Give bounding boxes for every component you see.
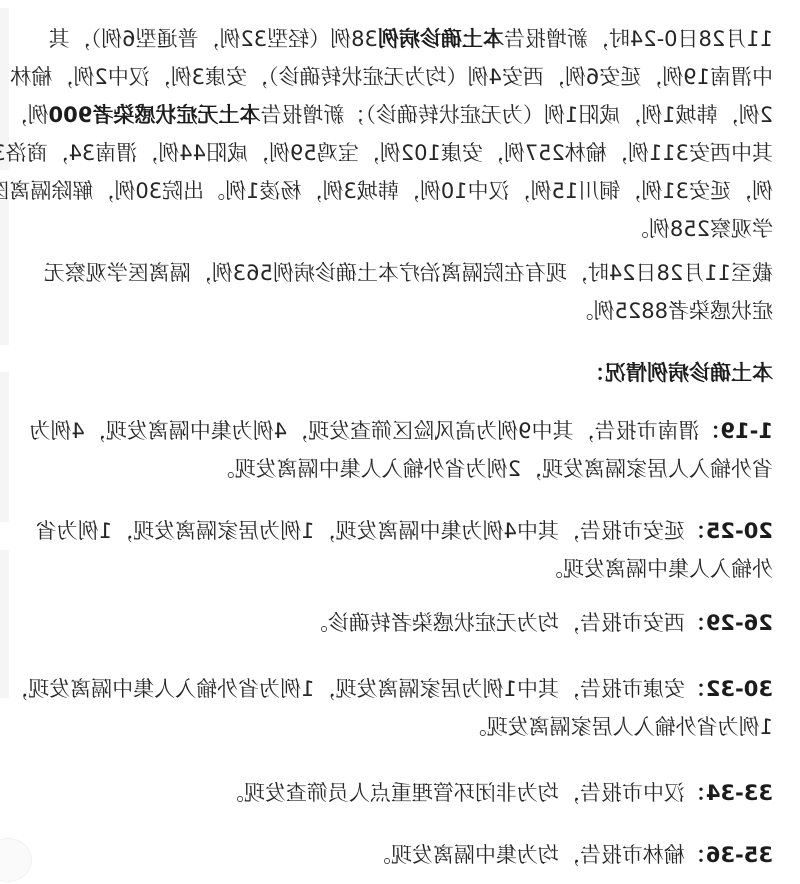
bold-text-segment: 26-29： bbox=[685, 611, 773, 635]
text-line: 1-19：渭南市报告，其中9例为高风险区筛查发现，4例为集中隔离发现，4例为 bbox=[27, 412, 773, 450]
text-line: 35-36：榆林市报告，均为集中隔离发现。 bbox=[27, 836, 773, 874]
para-current-totals: 截至11月28日24时，现有在院隔离治疗本土确诊病例563例，隔离医学观察无症状… bbox=[27, 254, 773, 330]
text-line: 学观察258例。 bbox=[27, 210, 773, 248]
bold-text-segment: 本土确诊病例 bbox=[378, 27, 504, 51]
text-segment: 安康市报告，其中1例为居家隔离发现，1例为省外输入人集中隔离发现， bbox=[7, 677, 685, 701]
text-segment: 症状感染者8825例。 bbox=[573, 299, 773, 323]
article: 11月28日0-24时，新增报告本土确诊病例38例（轻型32例，普通型6例），其… bbox=[0, 0, 800, 874]
text-line: 外输入人集中隔离发现。 bbox=[27, 550, 773, 588]
text-line: 其中西安311例，榆林257例，安康102例，宝鸡59例，咸阳44例，渭南34，… bbox=[27, 134, 773, 172]
text-segment: 外输入人集中隔离发现。 bbox=[542, 557, 773, 581]
mirrored-article-wrapper: 11月28日0-24时，新增报告本土确诊病例38例（轻型32例，普通型6例），其… bbox=[0, 0, 800, 874]
text-line: 本土确诊病例情况： bbox=[27, 354, 773, 392]
text-line: 1例为省外输入人居家隔离发现。 bbox=[27, 708, 773, 746]
text-segment: 榆林市报告，均为集中隔离发现。 bbox=[370, 843, 685, 867]
case-group-26-29: 26-29：西安市报告，均为无症状感染者转确诊。 bbox=[27, 604, 773, 642]
case-group-35-36: 35-36：榆林市报告，均为集中隔离发现。 bbox=[27, 836, 773, 874]
bold-text-segment: 1-19： bbox=[699, 419, 773, 443]
text-line: 例，延安31例，铜川15例，汉中10例，韩城3例，杨凌1例。出院30例，解除隔离… bbox=[27, 172, 773, 210]
text-segment: 1例为省外输入人居家隔离发现。 bbox=[466, 715, 773, 739]
case-group-30-32: 30-32：安康市报告，其中1例为居家隔离发现，1例为省外输入人集中隔离发现，1… bbox=[27, 670, 773, 746]
text-segment: 其中西安311例，榆林257例，安康102例，宝鸡59例，咸阳44例，渭南34，… bbox=[0, 141, 773, 165]
text-line: 33-34：汉中市报告，均为非闭环管理重点人员筛查发现。 bbox=[27, 774, 773, 812]
case-group-33-34: 33-34：汉中市报告，均为非闭环管理重点人员筛查发现。 bbox=[27, 774, 773, 812]
text-line: 30-32：安康市报告，其中1例为居家隔离发现，1例为省外输入人集中隔离发现， bbox=[27, 670, 773, 708]
bold-text-segment: 33-34： bbox=[685, 781, 773, 805]
case-group-1-19: 1-19：渭南市报告，其中9例为高风险区筛查发现，4例为集中隔离发现，4例为省外… bbox=[27, 412, 773, 488]
text-segment: 中渭南19例，延安6例，西安4例（均为无症状转确诊），安康3例，汉中2例，榆林 bbox=[10, 65, 773, 89]
text-segment: 延安市报告，其中4例为集中隔离发现，1例为居家隔离发现，1例为省 bbox=[36, 519, 685, 543]
text-segment: 省外输入人居家隔离发现，2例为省外输入人集中隔离发现。 bbox=[214, 457, 773, 481]
text-line: 20-25：延安市报告，其中4例为集中隔离发现，1例为居家隔离发现，1例为省 bbox=[27, 512, 773, 550]
text-segment: 西安市报告，均为无症状感染者转确诊。 bbox=[307, 611, 685, 635]
bold-text-segment: 20-25： bbox=[685, 519, 773, 543]
bold-text-segment: 本土确诊病例情况： bbox=[584, 361, 773, 385]
text-segment: 例， bbox=[7, 103, 49, 127]
text-segment: 2例，韩城1例，咸阳1例（为无症状转确诊）；新增报告 bbox=[260, 103, 773, 127]
text-segment: 例，延安31例，铜川15例，汉中10例，韩城3例，杨凌1例。出院30例，解除隔离… bbox=[0, 179, 773, 203]
heading-local-cases: 本土确诊病例情况： bbox=[27, 354, 773, 392]
bold-text-segment: 30-32： bbox=[685, 677, 773, 701]
case-group-20-25: 20-25：延安市报告，其中4例为集中隔离发现，1例为居家隔离发现，1例为省外输… bbox=[27, 512, 773, 588]
text-line: 26-29：西安市报告，均为无症状感染者转确诊。 bbox=[27, 604, 773, 642]
bold-text-segment: 35-36： bbox=[685, 843, 773, 867]
text-segment: 渭南市报告，其中9例为高风险区筛查发现，4例为集中隔离发现，4例为 bbox=[29, 419, 699, 443]
text-line: 省外输入人居家隔离发现，2例为省外输入人集中隔离发现。 bbox=[27, 450, 773, 488]
text-line: 11月28日0-24时，新增报告本土确诊病例38例（轻型32例，普通型6例），其 bbox=[27, 20, 773, 58]
text-segment: 截至11月28日24时，现有在院隔离治疗本土确诊病例563例，隔离医学观察无 bbox=[44, 261, 773, 285]
text-segment: 11月28日0-24时，新增报告 bbox=[504, 27, 773, 51]
text-line: 截至11月28日24时，现有在院隔离治疗本土确诊病例563例，隔离医学观察无 bbox=[27, 254, 773, 292]
bold-text-segment: 本土无症状感染者900 bbox=[49, 103, 261, 127]
text-line: 中渭南19例，延安6例，西安4例（均为无症状转确诊），安康3例，汉中2例，榆林 bbox=[27, 58, 773, 96]
para-daily-report: 11月28日0-24时，新增报告本土确诊病例38例（轻型32例，普通型6例），其… bbox=[27, 20, 773, 248]
text-segment: 学观察258例。 bbox=[628, 217, 773, 241]
text-segment: 汉中市报告，均为非闭环管理重点人员筛查发现。 bbox=[223, 781, 685, 805]
text-line: 2例，韩城1例，咸阳1例（为无症状转确诊）；新增报告本土无症状感染者900例， bbox=[27, 96, 773, 134]
text-segment: 38例（轻型32例，普通型6例），其 bbox=[49, 27, 378, 51]
document-page: 11月28日0-24时，新增报告本土确诊病例38例（轻型32例，普通型6例），其… bbox=[0, 0, 800, 884]
text-line: 症状感染者8825例。 bbox=[27, 292, 773, 330]
